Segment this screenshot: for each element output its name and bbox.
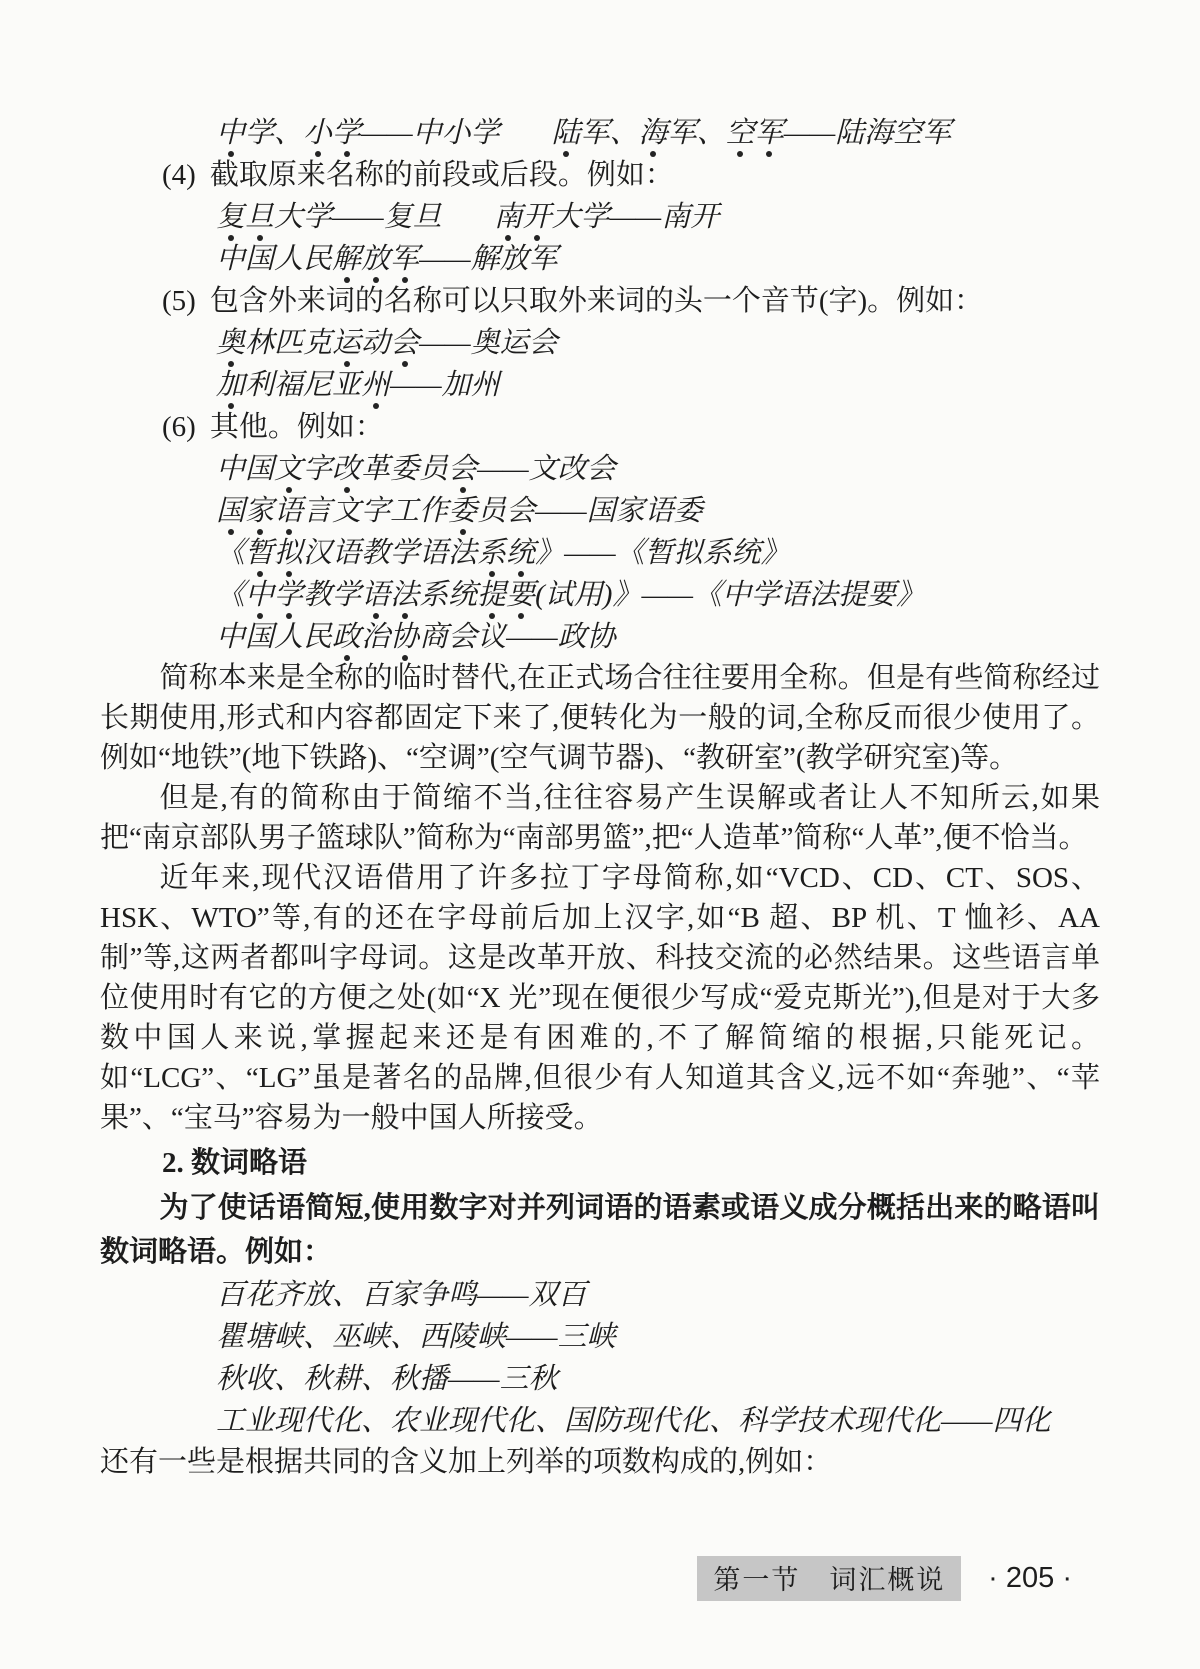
example-abbreviation: 奥林匹克运动会——奥运会 bbox=[216, 327, 558, 359]
list-item-text: 其他。例如： bbox=[210, 411, 384, 443]
example-abbreviation: 中国人民政治协商会议——政协 bbox=[216, 621, 616, 653]
example-line-sanqiu: 秋收、秋耕、秋播——三秋 bbox=[100, 1358, 1100, 1400]
example-line-sihua: 工业现代化、农业现代化、国防现代化、科学技术现代化——四化 bbox=[100, 1400, 1100, 1442]
example-line-shuangbai: 百花齐放、百家争鸣——双百 bbox=[100, 1274, 1100, 1316]
paragraph-jiancheng-tidai: 简称本来是全称的临时替代,在正式场合往往要用全称。但是有些简称经过长期使用,形式… bbox=[100, 658, 1100, 778]
example-abbreviation: 瞿塘峡、巫峡、西陵峡——三峡 bbox=[216, 1321, 616, 1353]
example-abbreviation: 国家语言文字工作委员会——国家语委 bbox=[216, 495, 703, 527]
list-item-6: (6)其他。例如： bbox=[100, 406, 1100, 448]
example-line-zanni-xitong: 《暂拟汉语教学语法系统》——《暂拟系统》 bbox=[100, 532, 1100, 574]
list-item-text: 截取原来名称的前段或后段。例如： bbox=[210, 159, 674, 191]
example-line-aoyunhui: 奥林匹克运动会——奥运会 bbox=[100, 322, 1100, 364]
page-footer: 第一节 词汇概说 · 205 · bbox=[100, 1556, 1100, 1601]
page-content: 中学、小学——中小学陆军、海军、空军——陆海空军 (4)截取原来名称的前段或后段… bbox=[100, 112, 1100, 1482]
example-abbreviation: 中国人民解放军——解放军 bbox=[216, 243, 558, 275]
example-abbreviation: 复旦大学——复旦 bbox=[216, 201, 442, 233]
section-heading-shuci-lueyu: 2. 数词略语 bbox=[100, 1140, 1100, 1186]
example-abbreviation: 《暂拟汉语教学语法系统》——《暂拟系统》 bbox=[216, 537, 790, 569]
example-line-zhongxiaoxue-lukongjun: 中学、小学——中小学陆军、海军、空军——陆海空军 bbox=[100, 112, 1100, 154]
list-item-number: (4) bbox=[162, 159, 196, 191]
example-line-jiazhou: 加利福尼亚州——加州 bbox=[100, 364, 1100, 406]
example-line-guojiayuwei: 国家语言文字工作委员会——国家语委 bbox=[100, 490, 1100, 532]
example-abbreviation: 中国文字改革委员会——文改会 bbox=[216, 453, 616, 485]
example-line-zhongxue-tiyao: 《中学教学语法系统提要(试用)》——《中学语法提要》 bbox=[100, 574, 1100, 616]
example-line-sanxia: 瞿塘峡、巫峡、西陵峡——三峡 bbox=[100, 1316, 1100, 1358]
example-abbreviation: 南开大学——南开 bbox=[494, 201, 720, 233]
paragraph-shuci-lueyu-outro: 还有一些是根据共同的含义加上列举的项数构成的,例如： bbox=[100, 1442, 1100, 1482]
paragraph-zimuci: 近年来,现代汉语借用了许多拉丁字母简称,如“VCD、CD、CT、SOS、HSK、… bbox=[100, 858, 1100, 1138]
list-item-text: 包含外来词的名称可以只取外来词的头一个音节(字)。例如： bbox=[210, 285, 983, 317]
example-abbreviation: 百花齐放、百家争鸣——双百 bbox=[216, 1279, 587, 1311]
paragraph-shuci-lueyu-intro: 为了使话语简短,使用数字对并列词语的语素或语义成分概括出来的略语叫数词略语。例如… bbox=[100, 1186, 1100, 1274]
paragraph-jiansuo-budang: 但是,有的简称由于简缩不当,往往容易产生误解或者让人不知所云,如果把“南京部队男… bbox=[100, 778, 1100, 858]
list-item-number: (6) bbox=[162, 411, 196, 443]
example-line-jiefangjun: 中国人民解放军——解放军 bbox=[100, 238, 1100, 280]
footer-section-label: 第一节 词汇概说 bbox=[697, 1556, 961, 1601]
list-item-5: (5)包含外来词的名称可以只取外来词的头一个音节(字)。例如： bbox=[100, 280, 1100, 322]
example-line-fudan-nankai: 复旦大学——复旦南开大学——南开 bbox=[100, 196, 1100, 238]
scanned-book-page: 中学、小学——中小学陆军、海军、空军——陆海空军 (4)截取原来名称的前段或后段… bbox=[0, 0, 1200, 1669]
example-line-zhengxie: 中国人民政治协商会议——政协 bbox=[100, 616, 1100, 658]
example-abbreviation: 秋收、秋耕、秋播——三秋 bbox=[216, 1363, 558, 1395]
example-abbreviation: 工业现代化、农业现代化、国防现代化、科学技术现代化——四化 bbox=[216, 1405, 1051, 1437]
example-line-wengaihui: 中国文字改革委员会——文改会 bbox=[100, 448, 1100, 490]
example-abbreviation: 中学、小学——中小学 bbox=[216, 117, 500, 149]
list-item-4: (4)截取原来名称的前段或后段。例如： bbox=[100, 154, 1100, 196]
example-abbreviation: 《中学教学语法系统提要(试用)》——《中学语法提要》 bbox=[216, 579, 925, 611]
page-number: · 205 · bbox=[988, 1562, 1072, 1595]
example-abbreviation: 加利福尼亚州——加州 bbox=[216, 369, 500, 401]
example-abbreviation: 陆军、海军、空军——陆海空军 bbox=[552, 117, 952, 149]
list-item-number: (5) bbox=[162, 285, 196, 317]
